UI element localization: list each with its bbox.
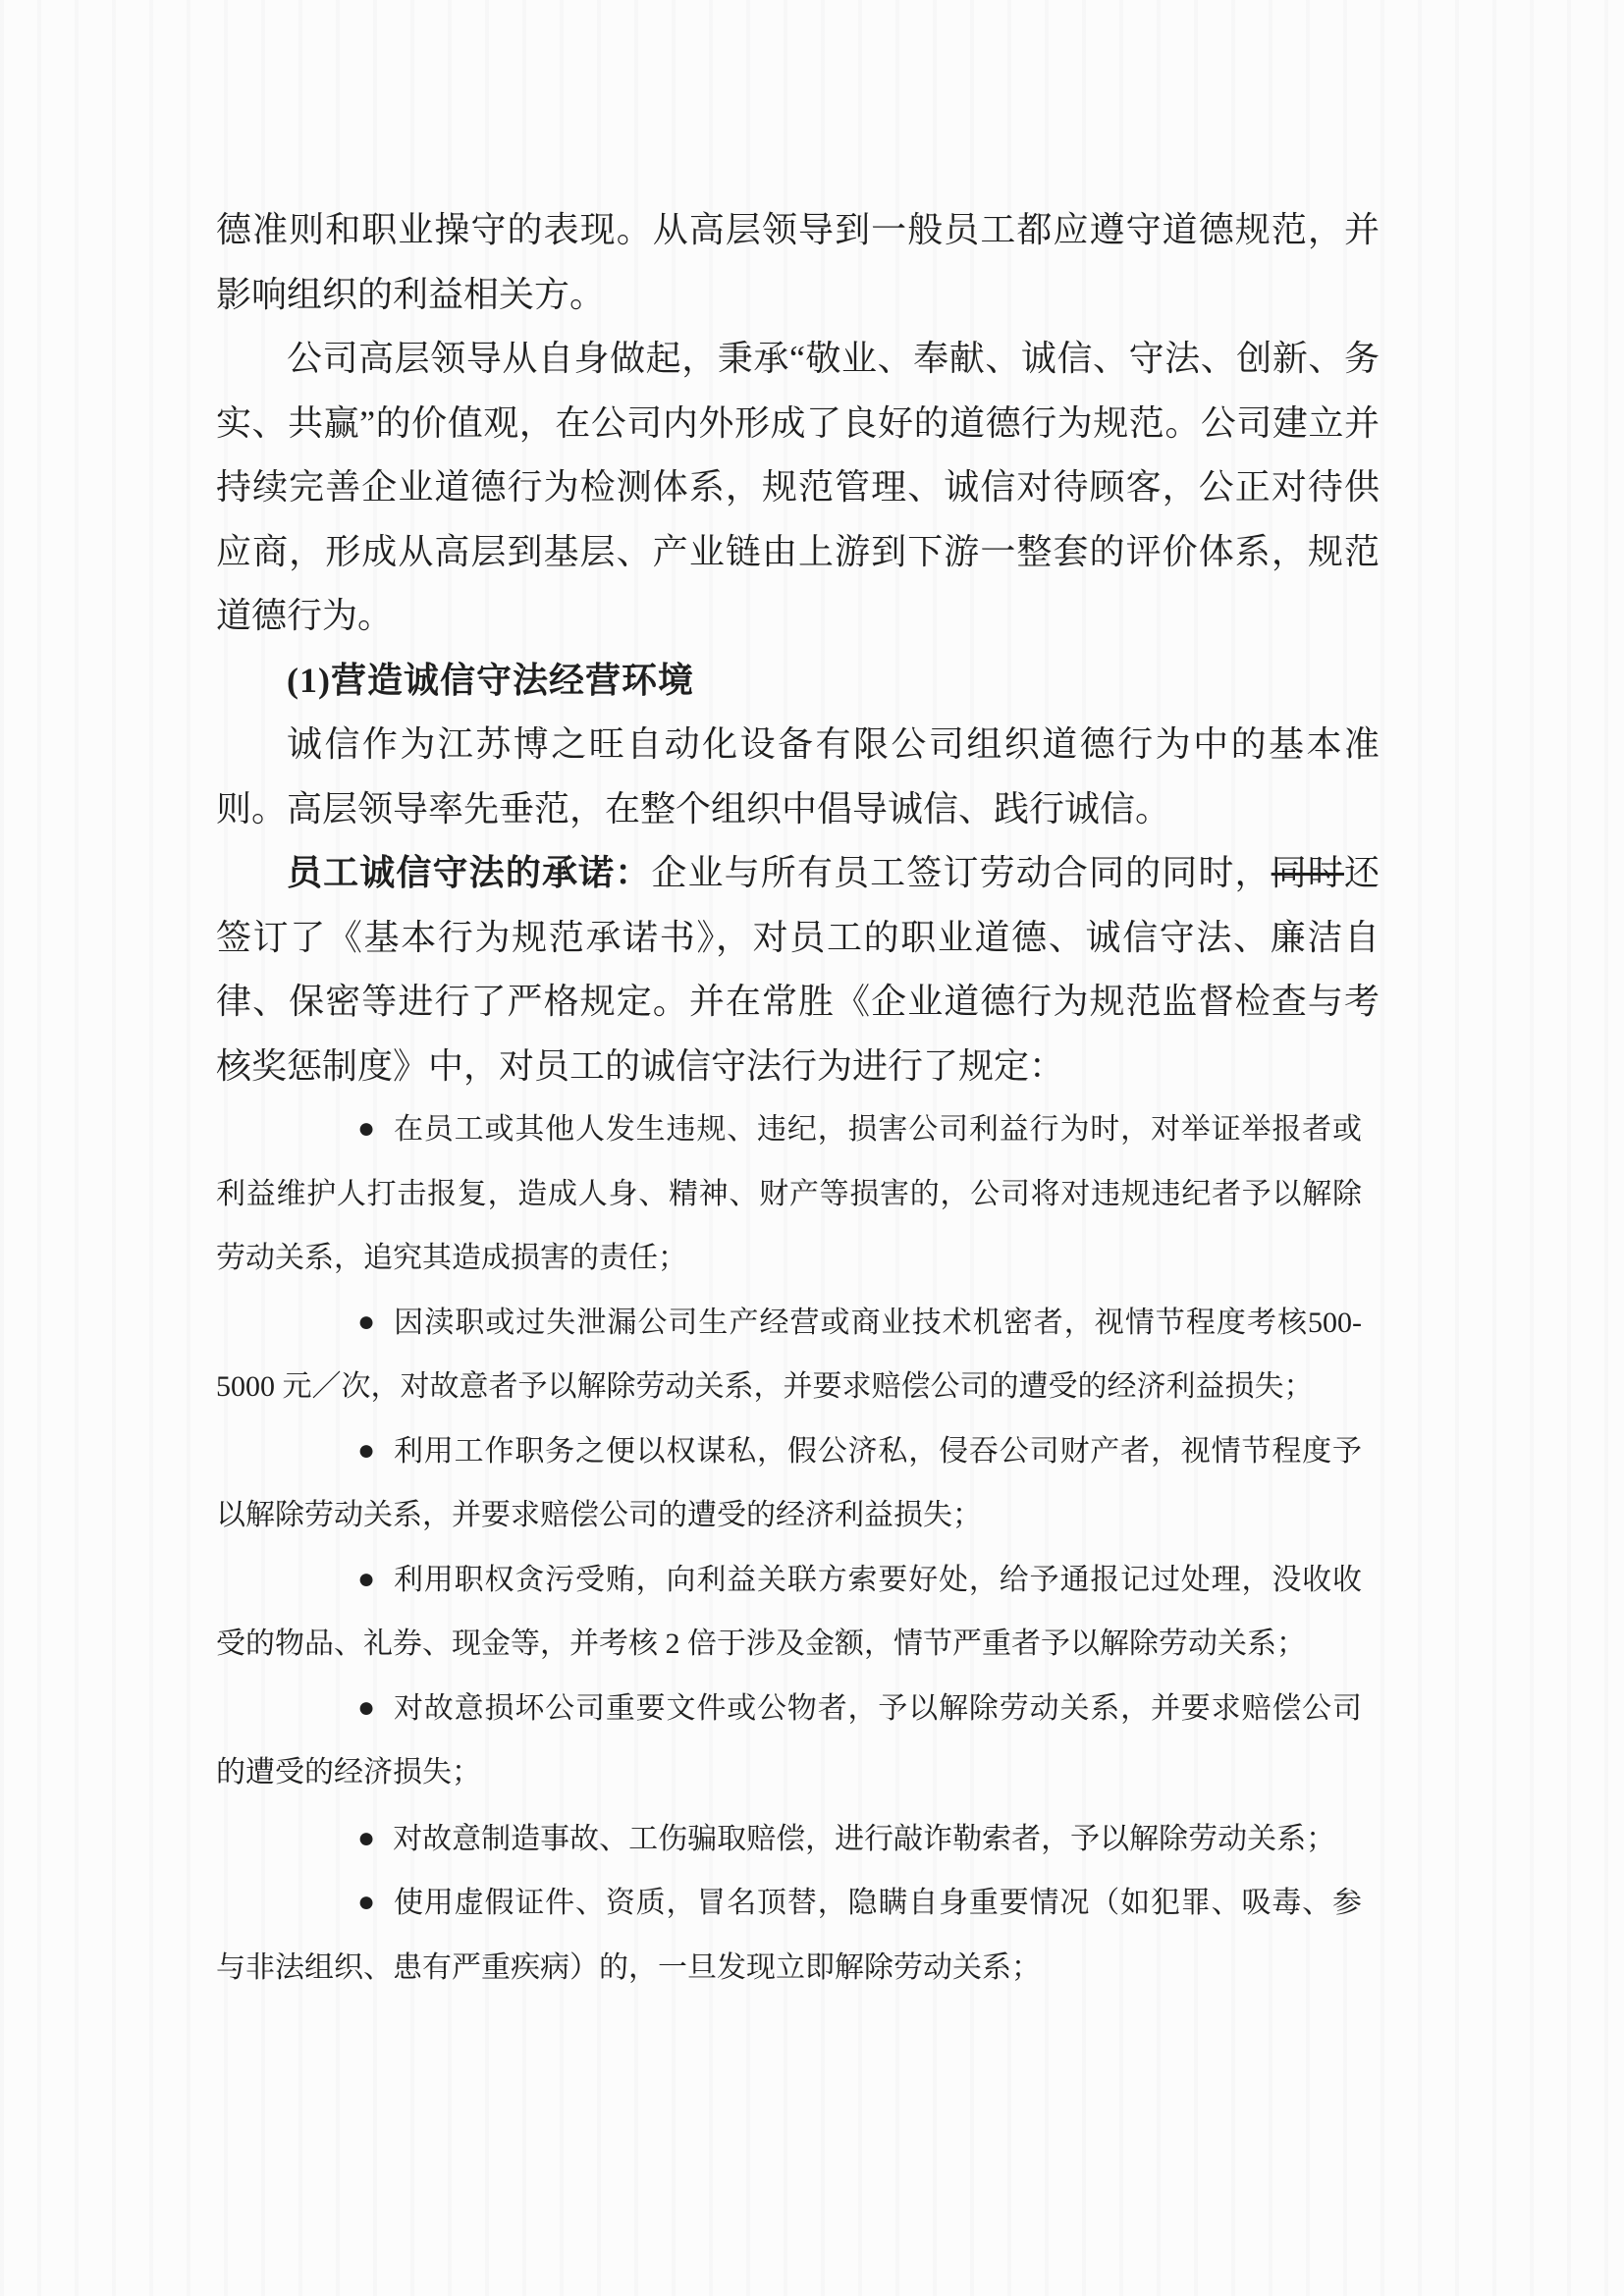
text-run: 利用工作职务之便以权谋私，假公济私，侵吞公司财产者，视情节程度予以解除劳动关系，… <box>216 1435 1362 1532</box>
text-run: 对故意制造事故、工伤骗取赔偿，进行敲诈勒索者，予以解除劳动关系； <box>393 1823 1335 1855</box>
text-run: 利用职权贪污受贿，向利益关联方索要好处，给予通报记过处理，没收收受的物品、礼券、… <box>216 1564 1362 1661</box>
bullet-secret-leak-clause: ●因渎职或过失泄漏公司生产经营或商业技术机密者，视情节程度考核500-5000 … <box>216 1291 1362 1419</box>
bullet-icon: ● <box>287 1676 375 1740</box>
text-run: 德准则和职业操守的表现。从高层领导到一般员工都应遵守道德规范，并影响组织的利益相… <box>216 210 1380 314</box>
bullet-icon: ● <box>287 1547 375 1612</box>
bullet-property-damage-clause: ●对故意损坏公司重要文件或公物者，予以解除劳动关系，并要求赔偿公司的遭受的经济损… <box>216 1677 1362 1805</box>
text-run: 员工诚信守法的承诺： <box>287 853 651 892</box>
bullet-icon: ● <box>287 1290 375 1355</box>
text-run: (1)营造诚信守法经营环境 <box>287 661 694 700</box>
text-run: 同时 <box>1272 853 1344 892</box>
text-run: 因渎职或过失泄漏公司生产经营或商业技术机密者，视情节程度考核500-5000 元… <box>216 1307 1362 1404</box>
para-leadership-values: 公司高层领导从自身做起，秉承“敬业、奉献、诚信、守法、创新、务实、共赢”的价值观… <box>216 327 1380 649</box>
bullet-false-credentials-clause: ●使用虚假证件、资质，冒名顶替，隐瞒自身重要情况（如犯罪、吸毒、参与非法组织、患… <box>216 1871 1362 2000</box>
text-run: 使用虚假证件、资质，冒名顶替，隐瞒自身重要情况（如犯罪、吸毒、参与非法组织、患有… <box>216 1887 1362 1984</box>
para-employee-integrity-commitment: 员工诚信守法的承诺：企业与所有员工签订劳动合同的同时，同时还签订了《基本行为规范… <box>216 841 1380 1098</box>
text-run: 企业与所有员工签订劳动合同的同时， <box>651 853 1271 892</box>
bullet-fraud-extortion-clause: ●对故意制造事故、工伤骗取赔偿，进行敲诈勒索者，予以解除劳动关系； <box>216 1807 1335 1872</box>
bullet-icon: ● <box>287 1870 375 1935</box>
document-page: 德准则和职业操守的表现。从高层领导到一般员工都应遵守道德规范，并影响组织的利益相… <box>0 0 1624 2296</box>
bullet-icon: ● <box>287 1806 375 1871</box>
text-run: 对故意损坏公司重要文件或公物者，予以解除劳动关系，并要求赔偿公司的遭受的经济损失… <box>216 1692 1362 1789</box>
bullet-icon: ● <box>287 1418 375 1483</box>
text-run: 诚信作为江苏博之旺自动化设备有限公司组织道德行为中的基本准则。高层领导率先垂范，… <box>216 724 1380 828</box>
heading-honest-lawful-environment: (1)营造诚信守法经营环境 <box>216 649 1380 714</box>
text-run: 在员工或其他人发生违规、违纪，损害公司利益行为时，对举证举报者或利益维护人打击报… <box>216 1113 1362 1274</box>
document-body: 德准则和职业操守的表现。从高层领导到一般员工都应遵守道德规范，并影响组织的利益相… <box>216 0 1380 2001</box>
bullet-retaliation-clause: ●在员工或其他人发生违规、违纪，损害公司利益行为时，对举证举报者或利益维护人打击… <box>216 1097 1362 1291</box>
bullet-bribery-clause: ●利用职权贪污受贿，向利益关联方索要好处，给予通报记过处理，没收收受的物品、礼券… <box>216 1548 1362 1677</box>
bullet-abuse-of-position-clause: ●利用工作职务之便以权谋私，假公济私，侵吞公司财产者，视情节程度予以解除劳动关系… <box>216 1419 1362 1548</box>
bullet-icon: ● <box>287 1096 375 1161</box>
text-run: 公司高层领导从自身做起，秉承“敬业、奉献、诚信、守法、创新、务实、共赢”的价值观… <box>216 339 1380 635</box>
para-integrity-basic-principle: 诚信作为江苏博之旺自动化设备有限公司组织道德行为中的基本准则。高层领导率先垂范，… <box>216 713 1380 841</box>
para-ethics-continued: 德准则和职业操守的表现。从高层领导到一般员工都应遵守道德规范，并影响组织的利益相… <box>216 198 1380 327</box>
